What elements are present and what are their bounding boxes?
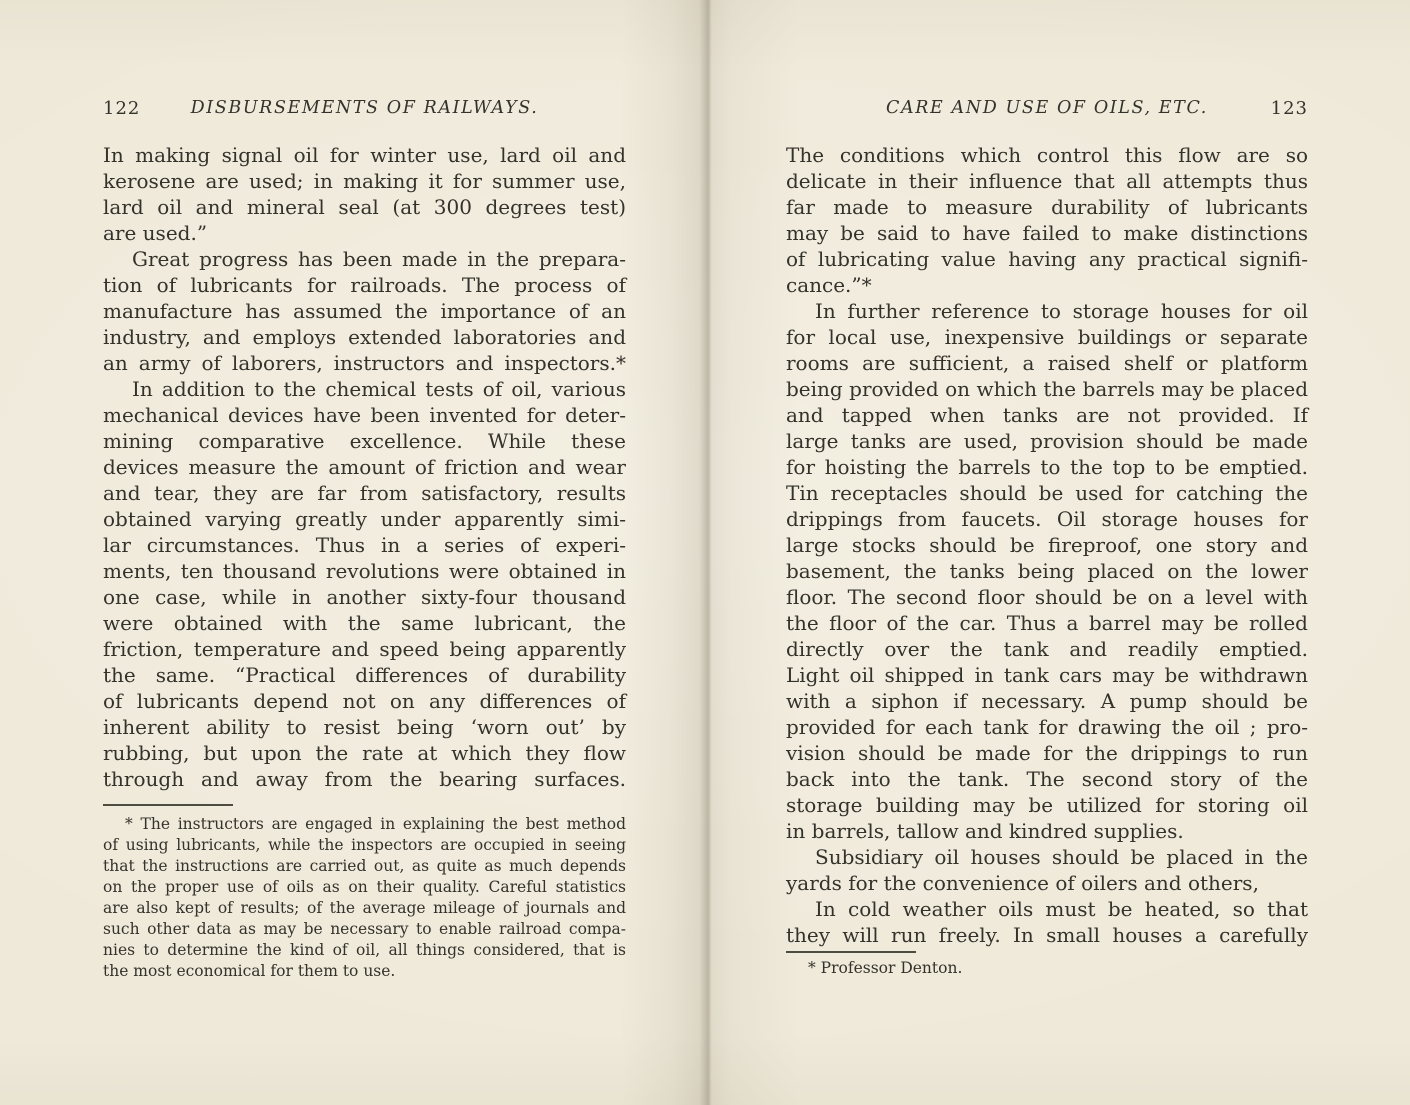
text-line: that the instructions are carried out, a… [103,856,626,877]
left-page-header: 122 DISBURSEMENTS OF RAILWAYS. [103,98,626,142]
text-line: rubbing, but upon the rate at which they… [103,740,626,766]
text-line: yards for the convenience of oilers and … [786,870,1308,896]
paragraph: Great progress has been made in the prep… [103,246,626,376]
text-line: industry, and employs extended laborator… [103,324,626,350]
text-line: are used.” [103,220,626,246]
book-gutter-shadow [620,0,800,1105]
right-page: CARE AND USE OF OILS, ETC. 123 The condi… [786,98,1308,979]
text-line: mechanical devices have been invented fo… [103,402,626,428]
text-line: lard oil and mineral seal (at 300 degree… [103,194,626,220]
text-line: rooms are sufficient, a raised shelf or … [786,350,1308,376]
paragraph: In further reference to storage houses f… [786,298,1308,844]
text-line: * The instructors are engaged in explain… [103,814,626,835]
text-line: provided for each tank for drawing the o… [786,714,1308,740]
left-footnote: * The instructors are engaged in explain… [103,814,626,982]
right-footnote: * Professor Denton. [786,958,1308,979]
text-line: floor. The second floor should be on a l… [786,584,1308,610]
text-line: the most economical for them to use. [103,961,626,982]
text-line: In further reference to storage houses f… [786,298,1308,324]
text-line: In addition to the chemical tests of oil… [103,376,626,402]
text-line: one case, while in another sixty-four th… [103,584,626,610]
text-line: large tanks are used, provision should b… [786,428,1308,454]
text-line: ments, ten thousand revolutions were obt… [103,558,626,584]
paragraph: In making signal oil for winter use, lar… [103,142,626,246]
text-line: vision should be made for the drippings … [786,740,1308,766]
text-line: of lubricating value having any practica… [786,246,1308,272]
text-line: delicate in their influence that all att… [786,168,1308,194]
text-line: basement, the tanks being placed on the … [786,558,1308,584]
text-line: being provided on which the barrels may … [786,376,1308,402]
text-line: in barrels, tallow and kindred supplies. [786,818,1308,844]
text-line: large stocks should be fireproof, one st… [786,532,1308,558]
text-line: and tapped when tanks are not provided. … [786,402,1308,428]
text-line: may be said to have failed to make disti… [786,220,1308,246]
right-page-body: The conditions which control this flow a… [786,142,1308,948]
text-line: Light oil shipped in tank cars may be wi… [786,662,1308,688]
text-line: of using lubricants, while the inspector… [103,835,626,856]
paragraph: The conditions which control this flow a… [786,142,1308,298]
paragraph: Subsidiary oil houses should be placed i… [786,844,1308,896]
text-line: for local use, inexpensive buildings or … [786,324,1308,350]
text-line: manufacture has assumed the importance o… [103,298,626,324]
text-line: storage building may be utilized for sto… [786,792,1308,818]
text-line: kerosene are used; in making it for summ… [103,168,626,194]
text-line: Tin receptacles should be used for catch… [786,480,1308,506]
text-line: drippings from faucets. Oil storage hous… [786,506,1308,532]
text-line: were obtained with the same lubricant, t… [103,610,626,636]
text-line: far made to measure durability of lubric… [786,194,1308,220]
left-page-body: In making signal oil for winter use, lar… [103,142,626,792]
text-line: an army of laborers, instructors and ins… [103,350,626,376]
text-line: obtained varying greatly under apparentl… [103,506,626,532]
text-line: directly over the tank and readily empti… [786,636,1308,662]
text-line: the floor of the car. Thus a barrel may … [786,610,1308,636]
right-footnote-rule [786,951,916,953]
text-line: tion of lubricants for railroads. The pr… [103,272,626,298]
text-line: lar circumstances. Thus in a series of e… [103,532,626,558]
text-line: are also kept of results; of the average… [103,898,626,919]
text-line: back into the tank. The second story of … [786,766,1308,792]
text-line: mining comparative excellence. While the… [103,428,626,454]
text-line: Subsidiary oil houses should be placed i… [786,844,1308,870]
left-footnote-rule [103,804,233,806]
right-page-header: CARE AND USE OF OILS, ETC. 123 [786,98,1308,142]
text-line: In cold weather oils must be heated, so … [786,896,1308,922]
text-line: nies to determine the kind of oil, all t… [103,940,626,961]
text-line: of lubricants depend not on any differen… [103,688,626,714]
text-line: inherent ability to resist being ‘worn o… [103,714,626,740]
text-line: In making signal oil for winter use, lar… [103,142,626,168]
right-page-number: 123 [1271,98,1308,119]
left-page: 122 DISBURSEMENTS OF RAILWAYS. In making… [103,98,626,982]
text-line: with a siphon if necessary. A pump shoul… [786,688,1308,714]
left-running-head: DISBURSEMENTS OF RAILWAYS. [103,98,626,118]
text-line: Great progress has been made in the prep… [103,246,626,272]
right-running-head: CARE AND USE OF OILS, ETC. [786,98,1308,118]
text-line: The conditions which control this flow a… [786,142,1308,168]
paragraph: In addition to the chemical tests of oil… [103,376,626,792]
text-line: * Professor Denton. [786,958,1308,979]
text-line: they will run freely. In small houses a … [786,922,1308,948]
text-line: friction, temperature and speed being ap… [103,636,626,662]
text-line: for hoisting the barrels to the top to b… [786,454,1308,480]
left-page-number: 122 [103,98,140,119]
text-line: through and away from the bearing surfac… [103,766,626,792]
paragraph: In cold weather oils must be heated, so … [786,896,1308,948]
text-line: and tear, they are far from satisfactory… [103,480,626,506]
text-line: such other data as may be necessary to e… [103,919,626,940]
text-line: on the proper use of oils as on their qu… [103,877,626,898]
text-line: devices measure the amount of friction a… [103,454,626,480]
text-line: cance.”* [786,272,1308,298]
text-line: the same. “Practical differences of dura… [103,662,626,688]
